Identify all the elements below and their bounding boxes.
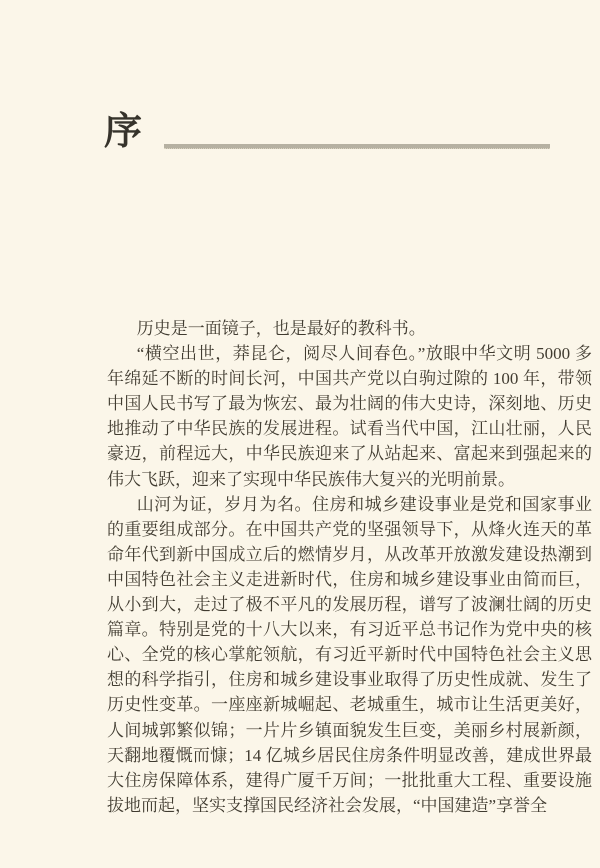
preface-header: 序: [104, 110, 550, 152]
book-page: 序 历史是一面镜子，也是最好的教科书。 “横空出世，莽昆仑，阅尽人间春色。”放眼…: [0, 0, 600, 868]
title-underline: [164, 144, 550, 149]
preface-paragraph-3: 山河为证，岁月为名。住房和城乡建设事业是党和国家事业的重要组成部分。在中国共产党…: [107, 492, 592, 818]
preface-paragraph-1: 历史是一面镜子，也是最好的教科书。: [107, 316, 592, 341]
page-title: 序: [104, 112, 143, 152]
preface-body: 历史是一面镜子，也是最好的教科书。 “横空出世，莽昆仑，阅尽人间春色。”放眼中华…: [107, 316, 592, 818]
preface-paragraph-2: “横空出世，莽昆仑，阅尽人间春色。”放眼中华文明 5000 多年绵延不断的时间长…: [107, 341, 592, 492]
